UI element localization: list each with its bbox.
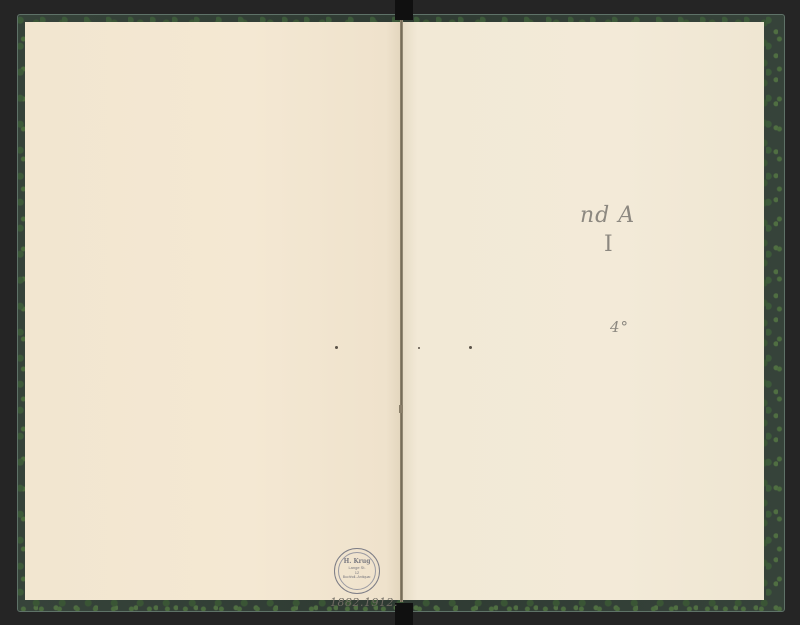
bookseller-stamp: H. Krug Lange St. 12 Buchhdl.-Antiquar. — [334, 548, 380, 594]
book-gutter — [400, 20, 403, 602]
pencil-shelfmark: nd A — [580, 203, 635, 228]
paper-speck — [418, 347, 420, 349]
left-endpaper — [25, 22, 401, 600]
spine-top-notch — [395, 0, 413, 20]
gutter-thread-mark — [399, 405, 403, 413]
book-scan: nd A I 4° H. Krug Lange St. 12 Buchhdl.-… — [0, 0, 800, 625]
pencil-format-note: 4° — [610, 318, 629, 336]
handwritten-date: 1882.1912. — [330, 596, 398, 609]
paper-speck — [335, 346, 338, 349]
pencil-volume-number: I — [604, 232, 614, 257]
paper-speck — [469, 346, 472, 349]
right-endpaper — [403, 22, 764, 600]
stamp-inner-ring — [338, 552, 376, 590]
